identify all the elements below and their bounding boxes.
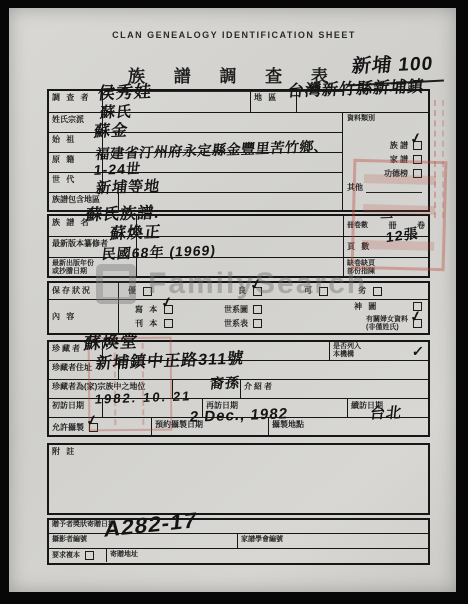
compiler-label: 最新版本纂修者	[52, 239, 108, 249]
area-label: 族譜包含地區	[52, 195, 100, 205]
lineage-table-label: 世系表	[224, 319, 248, 329]
generations-label: 世 代	[52, 175, 76, 185]
society-number-label: 家譜學會編號	[241, 536, 283, 544]
surname-field	[103, 113, 342, 132]
area-handwriting: 新埔等地	[95, 179, 161, 196]
origin-label: 原 籍	[52, 155, 76, 165]
holder-handwriting: 蘇煥堂	[83, 333, 139, 352]
page-ref-handwriting: 新埔 100	[351, 55, 434, 77]
holder-label: 珍藏者	[52, 344, 82, 354]
first-visit-handwriting: 1982. 10. 21	[94, 389, 192, 405]
condition-poor-checkbox	[373, 287, 382, 296]
copy-request-label: 要求複本	[52, 552, 80, 560]
permission-label: 允許攝製	[52, 423, 84, 433]
compiler-handwriting: 蘇煥正	[109, 225, 162, 243]
notes-label: 附 註	[52, 447, 76, 457]
material-option-label: 族 譜	[390, 141, 408, 151]
print-label: 刊 本	[135, 319, 159, 329]
condition-label: 保存狀況	[52, 286, 92, 296]
surname-handwriting: 蘇氏	[99, 104, 133, 120]
listed-label-line1: 是否列入	[333, 343, 361, 351]
ancestor-label: 始 祖	[52, 135, 76, 145]
content-label: 內 容	[52, 312, 76, 322]
print-checkbox	[164, 319, 173, 328]
surname-label: 姓氏宗派	[52, 115, 84, 125]
women-data-label-line2: (非僅姓氏)	[366, 324, 408, 332]
appointment-handwriting: 2 Dec., 1982	[189, 406, 289, 424]
manuscript-label: 寫 本	[135, 305, 159, 315]
copy-request-checkbox	[85, 551, 94, 560]
follow-visit-field	[401, 399, 428, 417]
red-stamp-right	[351, 159, 448, 271]
volumes-handwriting: 一	[379, 212, 394, 225]
english-title: CLAN GENEALOGY IDENTIFICATION SHEET	[0, 30, 468, 40]
holder-address-label: 珍藏者住址	[52, 363, 92, 373]
form-section-notes: 附 註	[47, 443, 430, 515]
book-title-handwriting: 蘇氏族譜.	[85, 206, 160, 225]
lineage-chart-label: 世系圖	[224, 305, 248, 315]
surveyor-label: 調 查 者	[52, 93, 90, 103]
introducer-label: 介紹者	[244, 382, 274, 392]
pubdate-field	[137, 258, 344, 278]
first-visit-label: 初訪日期	[52, 401, 84, 411]
filming-location-handwriting: 台北	[369, 405, 403, 421]
surveyor-handwriting: 侯秀娃	[97, 83, 153, 102]
material-type-label: 資料類別	[347, 115, 424, 123]
manuscript-checkbox	[164, 305, 173, 314]
women-data-checkbox	[413, 319, 422, 328]
generations-handwriting: 1-24世	[93, 161, 142, 177]
lineage-chart-checkbox	[253, 305, 262, 314]
ancestor-handwriting: 蘇金	[93, 123, 129, 140]
women-data-label-line1: 有關婦女資料	[366, 316, 408, 324]
condition-good-checkbox	[253, 287, 262, 296]
condition-poor-label: 劣	[358, 286, 368, 296]
listed-label-line2: 本機構	[333, 351, 361, 359]
pubdate-handwriting: 民國68年 (1969)	[101, 243, 217, 261]
form-section-condition: 保存狀況 優 良 ✓ 可 劣 內 容 寫 本 ✓	[47, 281, 430, 335]
district-label: 地 區	[254, 93, 278, 103]
condition-excellent-label: 優	[128, 286, 138, 296]
book-title-field	[137, 216, 344, 236]
condition-fair-checkbox	[319, 287, 328, 296]
condition-good-label: 良	[238, 286, 248, 296]
listed-checkmark: ✓	[411, 344, 425, 358]
pubdate-label-line2: 或抄謄日期	[52, 268, 94, 276]
holder-position-handwriting: 裔孫	[209, 375, 241, 390]
condition-excellent-checkbox	[143, 287, 152, 296]
photographer-number-label: 攝影者編號	[52, 536, 87, 544]
lineage-table-checkbox	[253, 319, 262, 328]
portrait-label: 神 圖	[354, 302, 378, 312]
mailing-address-label: 寄贈地址	[110, 551, 138, 559]
red-stamp-edge	[434, 100, 444, 218]
pubdate-label-line1: 最新出版年份	[52, 260, 94, 268]
genealogy-checkbox	[413, 141, 422, 150]
condition-fair-label: 可	[304, 286, 314, 296]
portrait-checkbox	[413, 302, 422, 311]
